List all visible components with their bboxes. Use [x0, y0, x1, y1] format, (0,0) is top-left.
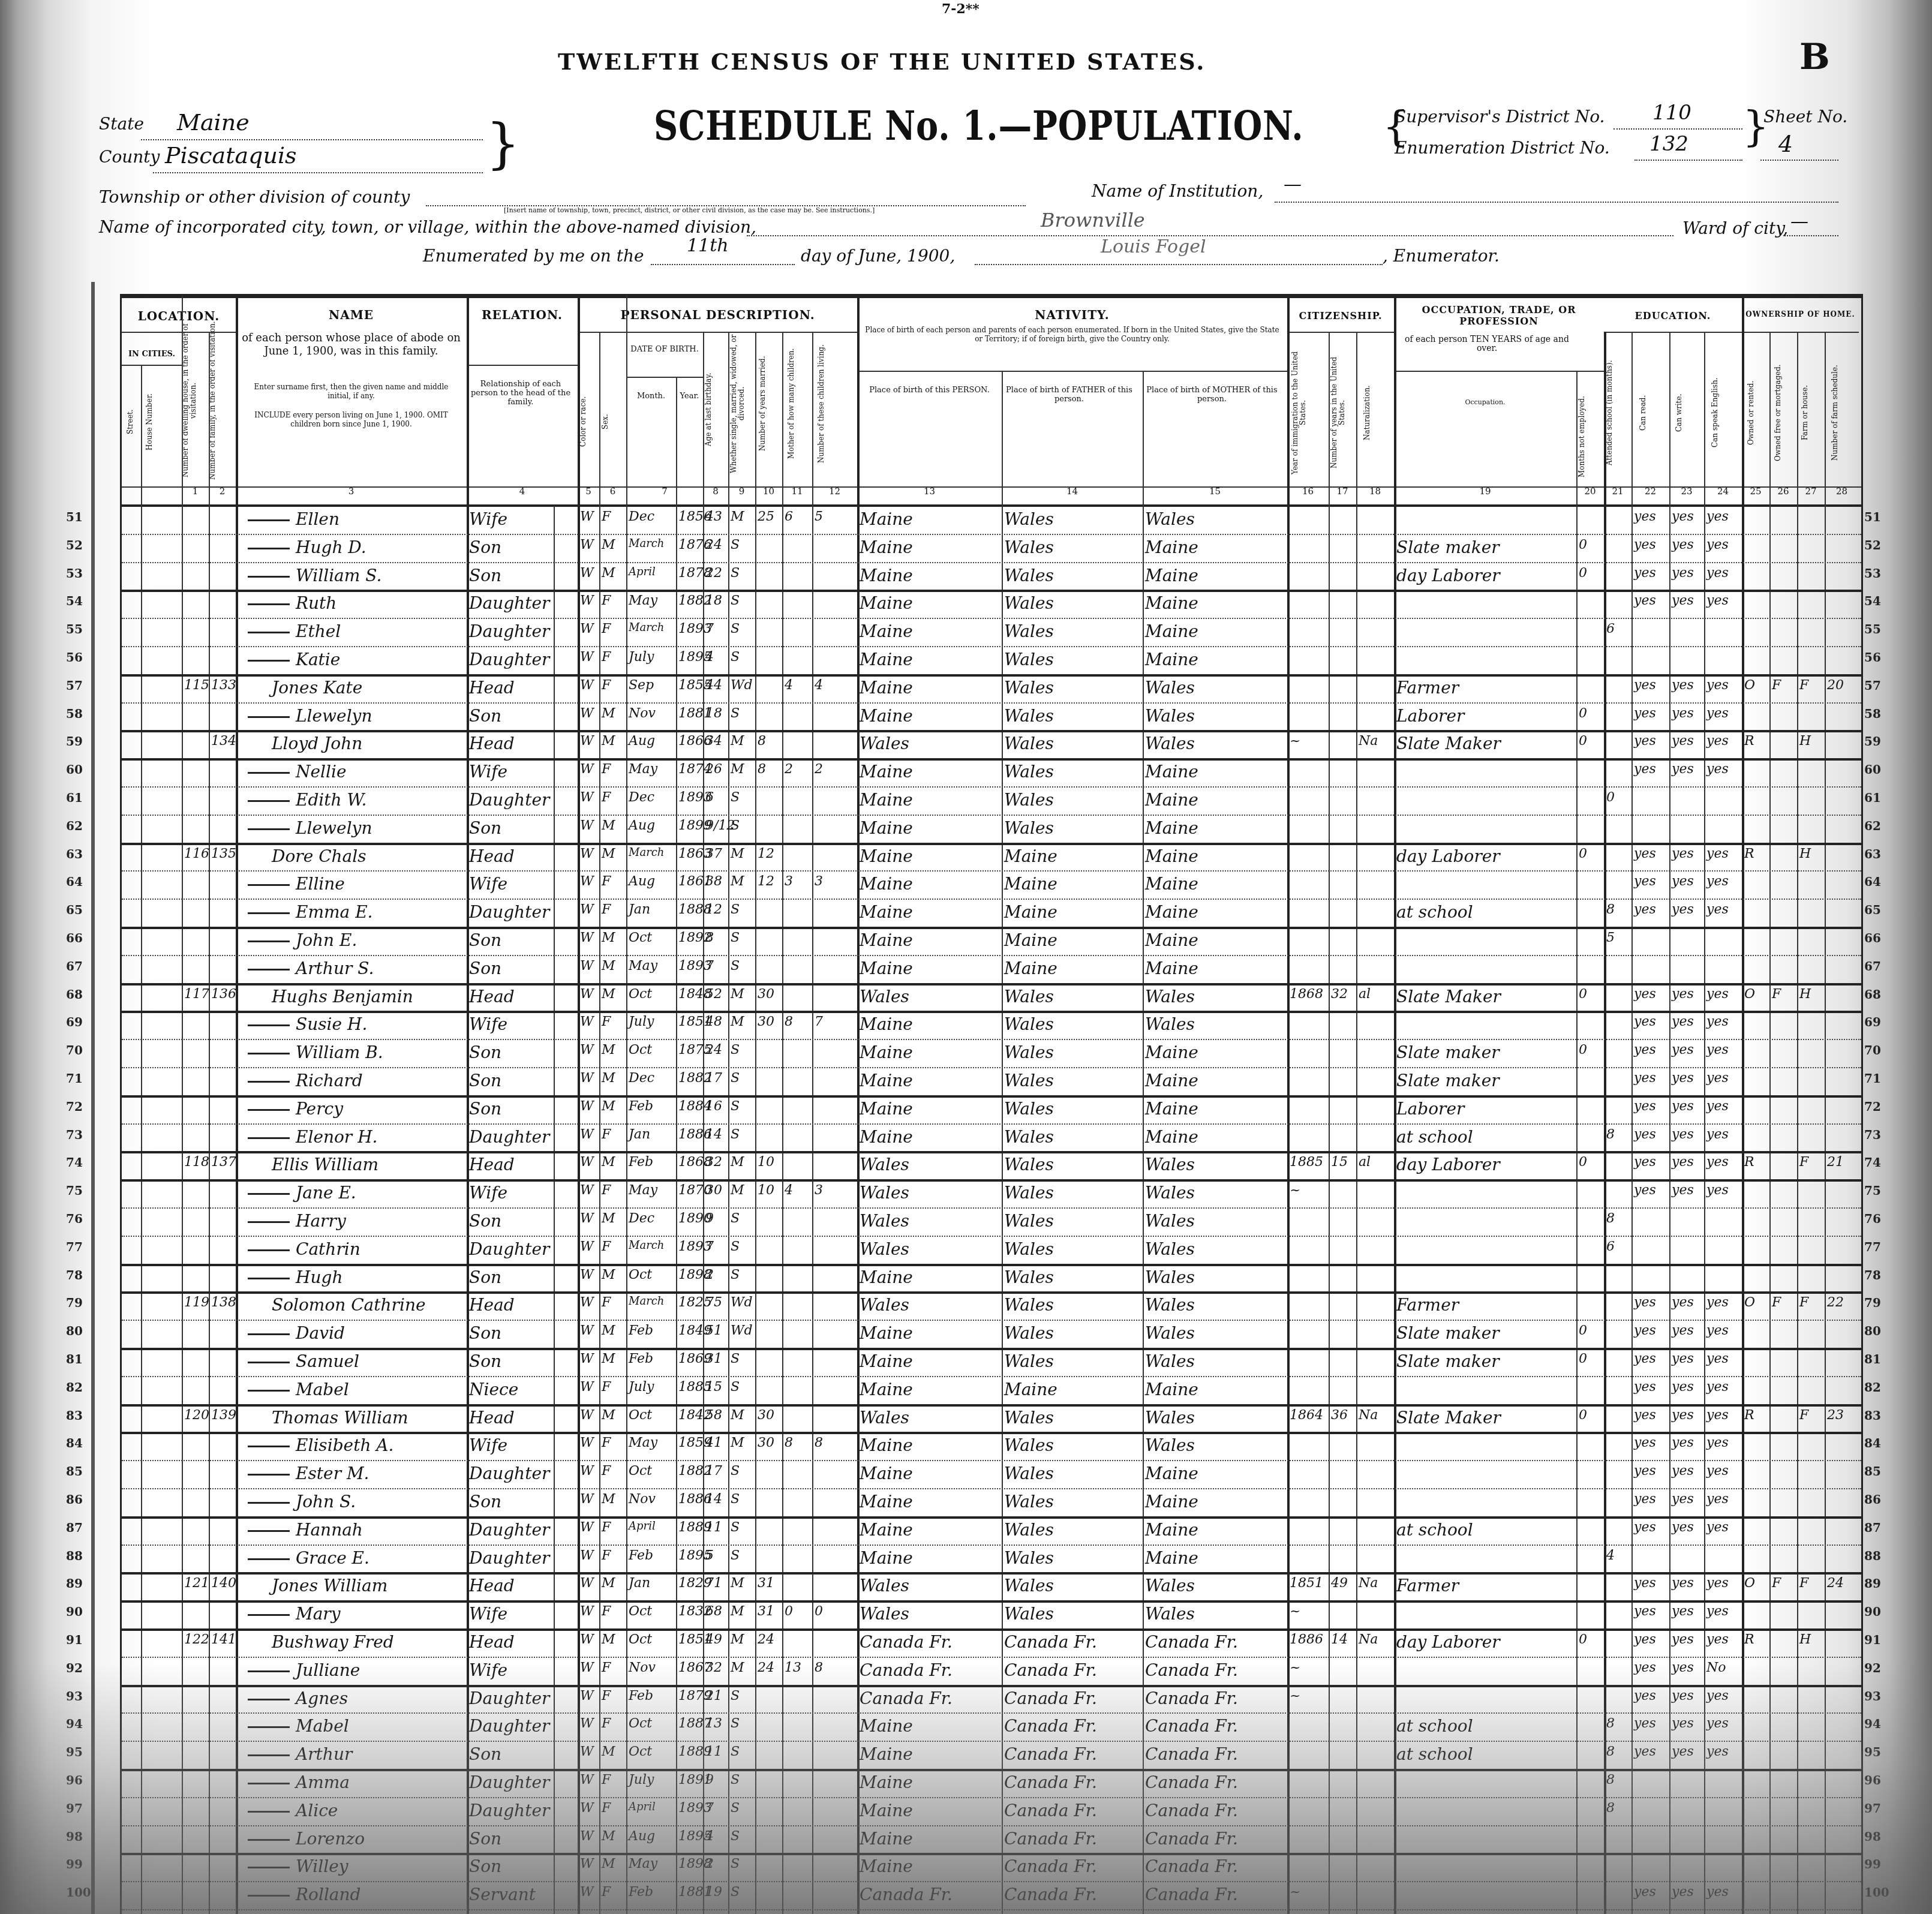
cell-pobf: Wales	[1004, 1183, 1054, 1203]
table-row[interactable]: KatieDaughterWFJuly18954SMaineWalesMaine	[122, 646, 1859, 674]
table-row[interactable]: Jane E.WifeWFMay187030M1043WalesWalesWal…	[122, 1179, 1859, 1207]
cell-name: Ethel	[296, 621, 341, 641]
row-number: 96	[66, 1773, 83, 1787]
cell: 6	[785, 509, 793, 524]
cell: 49	[705, 1632, 722, 1647]
cell-rd: yes	[1634, 1408, 1656, 1423]
cell: R	[1744, 1408, 1754, 1423]
cell: S	[731, 1548, 740, 1563]
cell: Canada Fr.	[860, 1632, 953, 1652]
cell-mo: Oct	[629, 1632, 652, 1647]
cell: M	[602, 987, 615, 1002]
cell-name: Willey	[296, 1856, 348, 1876]
row-number: 54	[1864, 594, 1881, 608]
cell-rd: yes	[1634, 1323, 1656, 1338]
cell-age: 5	[705, 1548, 714, 1563]
cell: March	[629, 1295, 664, 1308]
cell: yes	[1706, 566, 1729, 581]
cell-col: W	[580, 1155, 594, 1170]
cell-rd: yes	[1634, 678, 1656, 693]
cell-mo: Oct	[629, 1267, 652, 1282]
surname-ditto-dash	[248, 632, 290, 633]
cell: Maine	[1004, 846, 1057, 866]
institution-line	[1275, 202, 1838, 203]
table-row[interactable]: CathrinDaughterWFMarch18937SWalesWalesWa…	[122, 1236, 1859, 1264]
cell: yes	[1634, 1323, 1656, 1338]
cell: 1825	[678, 1295, 703, 1310]
county-label: County	[99, 147, 160, 167]
cell-pob: Wales	[860, 1604, 909, 1624]
cell: 21	[705, 1688, 722, 1703]
cell-sex: M	[602, 1744, 615, 1759]
cell: Maine	[1145, 790, 1198, 810]
cell-wr: yes	[1672, 874, 1694, 889]
table-row[interactable]: EllenWifeWFDec185643M2565MaineWalesWales…	[122, 506, 1859, 534]
cell: 25	[758, 509, 774, 524]
cell: Head	[469, 1632, 515, 1652]
cell: Head	[469, 734, 515, 753]
cell: S	[731, 1856, 740, 1871]
cell-mo: Aug	[629, 874, 655, 889]
cell: Canada Fr.	[1145, 1744, 1238, 1764]
row-number: 88	[66, 1549, 83, 1563]
cell: 10	[758, 1183, 774, 1198]
cell-mar: S	[731, 1042, 740, 1057]
cell-name: Lloyd John	[272, 734, 362, 753]
dwelling-number-header: Number of dwelling house, in the order o…	[182, 320, 206, 482]
column-number: 8	[703, 486, 728, 497]
enumeration-value: 132	[1649, 132, 1688, 156]
cell-name: Ellen	[296, 509, 339, 529]
state-field: State Maine	[99, 114, 483, 144]
cell: F	[602, 1716, 611, 1731]
cell: yes	[1672, 1492, 1694, 1507]
cell: Maine	[1145, 1464, 1198, 1483]
cell-mar: Wd	[731, 1323, 753, 1338]
cell-fam: 139	[211, 1408, 236, 1423]
cell-rel: Daughter	[469, 902, 549, 922]
cell-mo: March	[629, 1295, 664, 1308]
cell-rel: Wife	[469, 1604, 507, 1624]
table-row[interactable]: Emma E.DaughterWFJan188812SMaineMaineMai…	[122, 899, 1859, 927]
cell-name: Jones Kate	[272, 678, 362, 698]
cell: Harry	[248, 1211, 346, 1231]
table-row[interactable]: William B.SonWMOct187524SMaineWalesMaine…	[122, 1039, 1859, 1067]
table-row[interactable]: Grace E.DaughterWFFeb18955SMaineWalesMai…	[122, 1545, 1859, 1573]
table-row[interactable]: John S.SonWMNov188614SMaineWalesMaineyes…	[122, 1488, 1859, 1516]
cell-mar: M	[731, 1435, 744, 1450]
cell-pobf: Canada Fr.	[1004, 1716, 1097, 1736]
state-label: State	[99, 114, 144, 134]
table-row[interactable]: RuthDaughterWFMay188218SMaineWalesMainey…	[122, 590, 1859, 618]
cell: Canada Fr.	[1004, 1801, 1097, 1820]
cell: Canada Fr.	[1004, 1885, 1097, 1904]
cell: F	[1799, 1576, 1808, 1591]
row-number: 52	[1864, 538, 1881, 552]
cell-en: yes	[1706, 1492, 1729, 1507]
table-row[interactable]: LlewelynSonWMAug18999/12SMaineWalesMaine	[122, 815, 1859, 843]
cell: O	[1744, 1295, 1755, 1310]
cell: Wales	[1004, 987, 1054, 1006]
cell-pobf: Wales	[1004, 1492, 1054, 1512]
cell: 0	[1579, 566, 1587, 581]
cell: yes	[1672, 1520, 1694, 1535]
cell-col: W	[580, 1632, 594, 1647]
cell-wr: yes	[1672, 762, 1694, 777]
cell: yes	[1672, 1632, 1694, 1647]
cell-rel: Niece	[469, 1380, 518, 1399]
cell-nat: Na	[1359, 1632, 1378, 1647]
table-row[interactable]: ArthurSonWMOct188911SMaineCanada Fr.Cana…	[122, 1741, 1859, 1769]
cell: W	[580, 509, 594, 524]
cell-mo: May	[629, 1183, 657, 1198]
cell-sex: M	[602, 1856, 615, 1871]
table-row[interactable]: William S.SonWMApril187822SMaineWalesMai…	[122, 562, 1859, 590]
cell: Daughter	[469, 1127, 549, 1147]
cell-name: Samuel	[296, 1351, 359, 1371]
cell: Wales	[1004, 1548, 1054, 1568]
cell-en: yes	[1706, 734, 1729, 749]
table-row[interactable]: Hugh D.SonWMMarch187624SMaineWalesMaineS…	[122, 534, 1859, 562]
cell: Willey	[248, 1856, 348, 1876]
cell: yes	[1634, 1464, 1656, 1479]
table-row[interactable]: Susie H.WifeWFJuly185148M3087MaineWalesW…	[122, 1011, 1859, 1039]
cell-col: W	[580, 790, 594, 805]
cell-pobm: Maine	[1145, 1042, 1198, 1062]
row-number: 92	[1864, 1661, 1881, 1675]
cell-pobf: Wales	[1004, 706, 1054, 726]
cell-sch: 8	[1606, 1744, 1615, 1759]
cell: Maine	[860, 902, 913, 922]
surname-ditto-dash	[248, 576, 290, 578]
cell: Wales	[1004, 566, 1054, 585]
cell-age: 7	[705, 1801, 714, 1816]
cell: Son	[469, 1211, 501, 1231]
cell: Wales	[1004, 762, 1054, 782]
cell-pobf: Canada Fr.	[1004, 1688, 1097, 1708]
cell-mar: M	[731, 874, 744, 889]
cell: al	[1359, 987, 1371, 1002]
cell-pobm: Maine	[1145, 1099, 1198, 1119]
cell: Laborer	[1396, 706, 1464, 726]
cell: Maine	[1145, 762, 1198, 782]
cell-fam: 135	[211, 846, 236, 861]
cell: May	[629, 958, 657, 973]
table-row[interactable]: 119138Solomon CathrineHeadWFMarch182575W…	[122, 1291, 1859, 1320]
table-row[interactable]: Edith W.DaughterWFDec18936SMaineWalesMai…	[122, 786, 1859, 815]
cell-sex: F	[602, 1014, 611, 1029]
cell: 13	[705, 1716, 722, 1731]
cell: 1889	[678, 1744, 703, 1759]
cell: Daughter	[469, 1520, 549, 1540]
cell: W	[580, 790, 594, 805]
cell: Wd	[731, 1295, 753, 1310]
cell-col: W	[580, 1408, 594, 1423]
occupation-sub-header: Occupation.	[1394, 398, 1576, 407]
table-row[interactable]: MaryWifeWFOct183268M3100WalesWalesWales~…	[122, 1600, 1859, 1628]
cell-mo: Sep	[629, 678, 654, 693]
cell-en: yes	[1706, 1380, 1729, 1395]
cell-rel: Son	[469, 930, 501, 950]
cell-own: R	[1744, 1155, 1754, 1170]
cell: S	[731, 1520, 740, 1535]
cell-fh: H	[1799, 846, 1811, 861]
cell: Head	[469, 1408, 515, 1428]
location-sub-rule	[122, 332, 236, 333]
cell: Jan	[629, 902, 650, 917]
cell: Wales	[1145, 734, 1195, 753]
row-number: 56	[1864, 650, 1881, 665]
table-row[interactable]: LlewelynSonWMNov188118SMaineWalesWalesLa…	[122, 702, 1859, 731]
table-row[interactable]: 122141Bushway FredHeadWMOct185149M24Cana…	[122, 1628, 1859, 1657]
table-row[interactable]: MabelDaughterWFOct188713SMaineCanada Fr.…	[122, 1712, 1859, 1741]
cell: 7	[705, 1801, 714, 1816]
cell-age: 7	[705, 958, 714, 973]
table-row[interactable]: 120139Thomas WilliamHeadWMOct184258M30Wa…	[122, 1404, 1859, 1432]
cell: Wd	[731, 678, 753, 693]
cell-wr: yes	[1672, 902, 1694, 917]
cell-wr: yes	[1672, 1155, 1694, 1170]
cell-rd: yes	[1634, 1295, 1656, 1310]
cell: May	[629, 1856, 657, 1871]
cell-occ: at school	[1396, 1127, 1473, 1147]
table-row[interactable]: 116135Dore ChalsHeadWMMarch186337M12Main…	[122, 843, 1859, 871]
cell: Wife	[469, 1660, 507, 1680]
cell: 20	[1827, 678, 1844, 693]
can-speak-english-header: Can speak English.	[1711, 344, 1727, 482]
table-row[interactable]: AgnesDaughterWFFeb187921SCanada Fr.Canad…	[122, 1685, 1859, 1713]
row-number: 80	[1864, 1324, 1881, 1338]
relation-description: Relationship of each person to the head …	[470, 380, 572, 407]
cell-col: W	[580, 1211, 594, 1226]
cell: Wales	[1004, 1014, 1054, 1034]
city-label: Name of incorporated city, town, or vill…	[99, 217, 756, 237]
table-row[interactable]: EllineWifeWFAug186138M1233MaineMaineMain…	[122, 870, 1859, 899]
cell: Maine	[860, 958, 913, 978]
enumeration-field: Enumeration District No. 132	[1395, 138, 1742, 162]
cell: Son	[469, 1323, 501, 1343]
cell-col: W	[580, 509, 594, 524]
cell-mar: S	[731, 1829, 740, 1844]
row-number: 85	[66, 1464, 83, 1479]
cell: Maine	[860, 846, 913, 866]
cell-wr: yes	[1672, 1604, 1694, 1619]
cell-rel: Son	[469, 1071, 501, 1090]
table-row[interactable]: AliceDaughterWFApril18937SMaineCanada Fr…	[122, 1797, 1859, 1825]
cell: Feb	[629, 1155, 653, 1170]
table-row[interactable]: JullianeWifeWFNov186732M24138Canada Fr.C…	[122, 1657, 1859, 1685]
cell-name: Thomas William	[272, 1408, 408, 1428]
cell-nat: Na	[1359, 734, 1378, 749]
table-row[interactable]: NellieWifeWFMay187426M822MaineWalesMaine…	[122, 758, 1859, 786]
cell-pobm: Wales	[1145, 734, 1195, 753]
cell-pobm: Maine	[1145, 958, 1198, 978]
cell-age: 9	[705, 1772, 714, 1787]
cell-pob: Canada Fr.	[860, 1632, 953, 1652]
table-row[interactable]: 115133Jones KateHeadWFSep185544Wd44Maine…	[122, 674, 1859, 702]
cell: yes	[1634, 1014, 1656, 1029]
table-row[interactable]: RichardSonWMDec188217SMaineWalesMaineSla…	[122, 1067, 1859, 1095]
name-instruction-1: Enter surname first, then the given name…	[248, 383, 455, 401]
table-row[interactable]: Ester M.DaughterWFOct188217SMaineWalesMa…	[122, 1460, 1859, 1488]
cell: 1867	[678, 1660, 703, 1675]
cell: F	[602, 1660, 611, 1675]
cell: 116	[184, 846, 209, 861]
cell-col: W	[580, 958, 594, 973]
cell: Wales	[1004, 818, 1054, 838]
cell: Maine	[1145, 902, 1198, 922]
cell-pobf: Wales	[1004, 734, 1054, 753]
cell-pobf: Wales	[1004, 987, 1054, 1006]
cell: W	[580, 1688, 594, 1703]
row-number: 69	[66, 1015, 83, 1029]
table-row[interactable]: WilleySonWMMay18982SMaineCanada Fr.Canad…	[122, 1853, 1859, 1881]
enumerated-day: 11th	[687, 235, 729, 256]
table-row[interactable]: Elenor H.DaughterWFJan188614SMaineWalesM…	[122, 1123, 1859, 1152]
table-row[interactable]: John E.SonWMOct18928SMaineMaineMaine5	[122, 927, 1859, 955]
table-row[interactable]: EthelDaughterWFMarch18937SMaineWalesMain…	[122, 618, 1859, 646]
cell: Na	[1359, 1576, 1378, 1591]
cell: F	[602, 1183, 611, 1198]
table-row[interactable]: MabelNieceWFJuly188515SMaineMaineMaineye…	[122, 1376, 1859, 1404]
cell-fs: 22	[1827, 1295, 1844, 1310]
table-row[interactable]: 134Lloyd JohnHeadWMAug186634M8WalesWales…	[122, 730, 1859, 758]
cell-yus: 15	[1331, 1155, 1348, 1170]
cell-liv: 3	[815, 874, 823, 889]
cell-name: Ellis William	[272, 1155, 378, 1174]
cell: F	[1799, 1408, 1808, 1423]
cell: W	[580, 537, 594, 552]
cell-col: W	[580, 874, 594, 889]
cell: 32	[705, 1660, 722, 1675]
cell-nat: al	[1359, 1155, 1371, 1170]
cell: Wife	[469, 874, 507, 894]
cell-age: 11	[705, 1520, 722, 1535]
table-row[interactable]: HarrySonWMDec18909SWalesWalesWales8	[122, 1207, 1859, 1236]
cell: yes	[1672, 874, 1694, 889]
cell-ym: 10	[758, 1183, 774, 1198]
cell: 1851	[678, 1014, 703, 1029]
row-number: 66	[66, 931, 83, 945]
cell-mo: March	[629, 1239, 664, 1252]
cell: 1870	[678, 1183, 703, 1198]
cell: W	[580, 1014, 594, 1029]
cell-ym: 30	[758, 987, 774, 1002]
table-row[interactable]: DavidSonWMFeb184951WdMaineWalesWalesSlat…	[122, 1320, 1859, 1348]
table-row[interactable]: Arthur S.SonWMMay18937SMaineMaineMaine	[122, 955, 1859, 983]
cell-name: Percy	[296, 1099, 343, 1119]
cell-col: W	[580, 1688, 594, 1703]
table-row[interactable]: 121140Jones WilliamHeadWMJan182971M31Wal…	[122, 1572, 1859, 1600]
row-number: 62	[66, 819, 83, 833]
cell-pobm: Maine	[1145, 621, 1198, 641]
cell-col: W	[580, 566, 594, 581]
cell: W	[580, 734, 594, 749]
cell: Daughter	[469, 593, 549, 613]
table-row[interactable]: PercySonWMFeb188416SMaineWalesMaineLabor…	[122, 1095, 1859, 1123]
cell-col: W	[580, 1071, 594, 1086]
table-row[interactable]: 118137Ellis WilliamHeadWMFeb186832M10Wal…	[122, 1151, 1859, 1179]
cell: F	[1772, 678, 1781, 693]
cell: yes	[1634, 1885, 1656, 1900]
table-row[interactable]: Elisibeth A.WifeWFMay185941M3088MaineWal…	[122, 1432, 1859, 1460]
table-row[interactable]: HughSonWMOct18982SMaineWalesWales	[122, 1264, 1859, 1292]
surname-ditto-dash	[248, 1390, 290, 1392]
nativity-header: NATIVITY.	[857, 308, 1287, 322]
cell-pobf: Wales	[1004, 566, 1054, 585]
cell-en: yes	[1706, 1351, 1729, 1366]
cell: S	[731, 1267, 740, 1282]
cell-sex: M	[602, 1071, 615, 1086]
cell-moth: 8	[785, 1014, 793, 1029]
cell-mar: S	[731, 1548, 740, 1563]
cell: yes	[1634, 1380, 1656, 1395]
cell: May	[629, 1183, 657, 1198]
cell-liv: 0	[815, 1604, 823, 1619]
cell-age: 51	[705, 1323, 722, 1338]
cell-rd: yes	[1634, 1127, 1656, 1142]
table-row[interactable]: LorenzoSonWMAug18954SMaineCanada Fr.Cana…	[122, 1825, 1859, 1853]
cell: M	[602, 1155, 615, 1170]
cell-age: 21	[705, 1688, 722, 1703]
row-number: 68	[1864, 987, 1881, 1002]
cell: 140	[211, 1576, 236, 1591]
table-row[interactable]: RollandServantWFFeb188119SCanada Fr.Cana…	[122, 1881, 1859, 1909]
cell-mar: Wd	[731, 1295, 753, 1310]
cell: Wales	[1145, 1576, 1195, 1595]
cell: Hugh	[248, 1267, 342, 1287]
cell: W	[580, 1351, 594, 1366]
cell-en: No	[1706, 1660, 1726, 1675]
row-number: 72	[66, 1099, 83, 1114]
cell: 17	[705, 1071, 722, 1086]
cell: M	[602, 1829, 615, 1844]
cell: yes	[1634, 1295, 1656, 1310]
cell-col: W	[580, 1520, 594, 1535]
cell-age: 4	[705, 1829, 714, 1844]
cell: 1851	[1290, 1576, 1323, 1591]
row-number: 93	[1864, 1689, 1881, 1703]
cell: S	[731, 902, 740, 917]
table-row[interactable]: AmmaDaughterWFJuly18919SMaineCanada Fr.C…	[122, 1769, 1859, 1797]
cell-mo: Dec	[629, 1211, 654, 1226]
cell: 26	[705, 762, 722, 777]
ward-line	[1784, 235, 1838, 236]
cell-mar: M	[731, 1632, 744, 1647]
table-row[interactable]: HannahDaughterWFApril188911SMaineWalesMa…	[122, 1516, 1859, 1545]
cell-own: O	[1744, 1576, 1755, 1591]
cell: 0	[1579, 1155, 1587, 1170]
cell: 136	[211, 987, 236, 1002]
cell-rel: Daughter	[469, 1239, 549, 1259]
table-row[interactable]: 117136Hughs BenjaminHeadWMOct184852M30Wa…	[122, 983, 1859, 1011]
cell: M	[602, 1856, 615, 1871]
row-number: 98	[1864, 1829, 1881, 1844]
cell: Maine	[860, 650, 913, 669]
cell: yes	[1672, 706, 1694, 721]
cell-sex: M	[602, 734, 615, 749]
table-row[interactable]: SamuelSonWMFeb186931SMaineWalesWalesSlat…	[122, 1348, 1859, 1376]
cell: Oct	[629, 1604, 652, 1619]
cell-mo: Oct	[629, 1464, 652, 1479]
cell: Canada Fr.	[860, 1660, 953, 1680]
cell: yes	[1706, 1744, 1729, 1759]
cell-en: yes	[1706, 509, 1729, 524]
schedule-title: SCHEDULE No. 1.—POPULATION.	[654, 102, 1303, 150]
cell-pobf: Canada Fr.	[1004, 1801, 1097, 1820]
row-number: 82	[66, 1380, 83, 1395]
cell-rd: yes	[1634, 987, 1656, 1002]
